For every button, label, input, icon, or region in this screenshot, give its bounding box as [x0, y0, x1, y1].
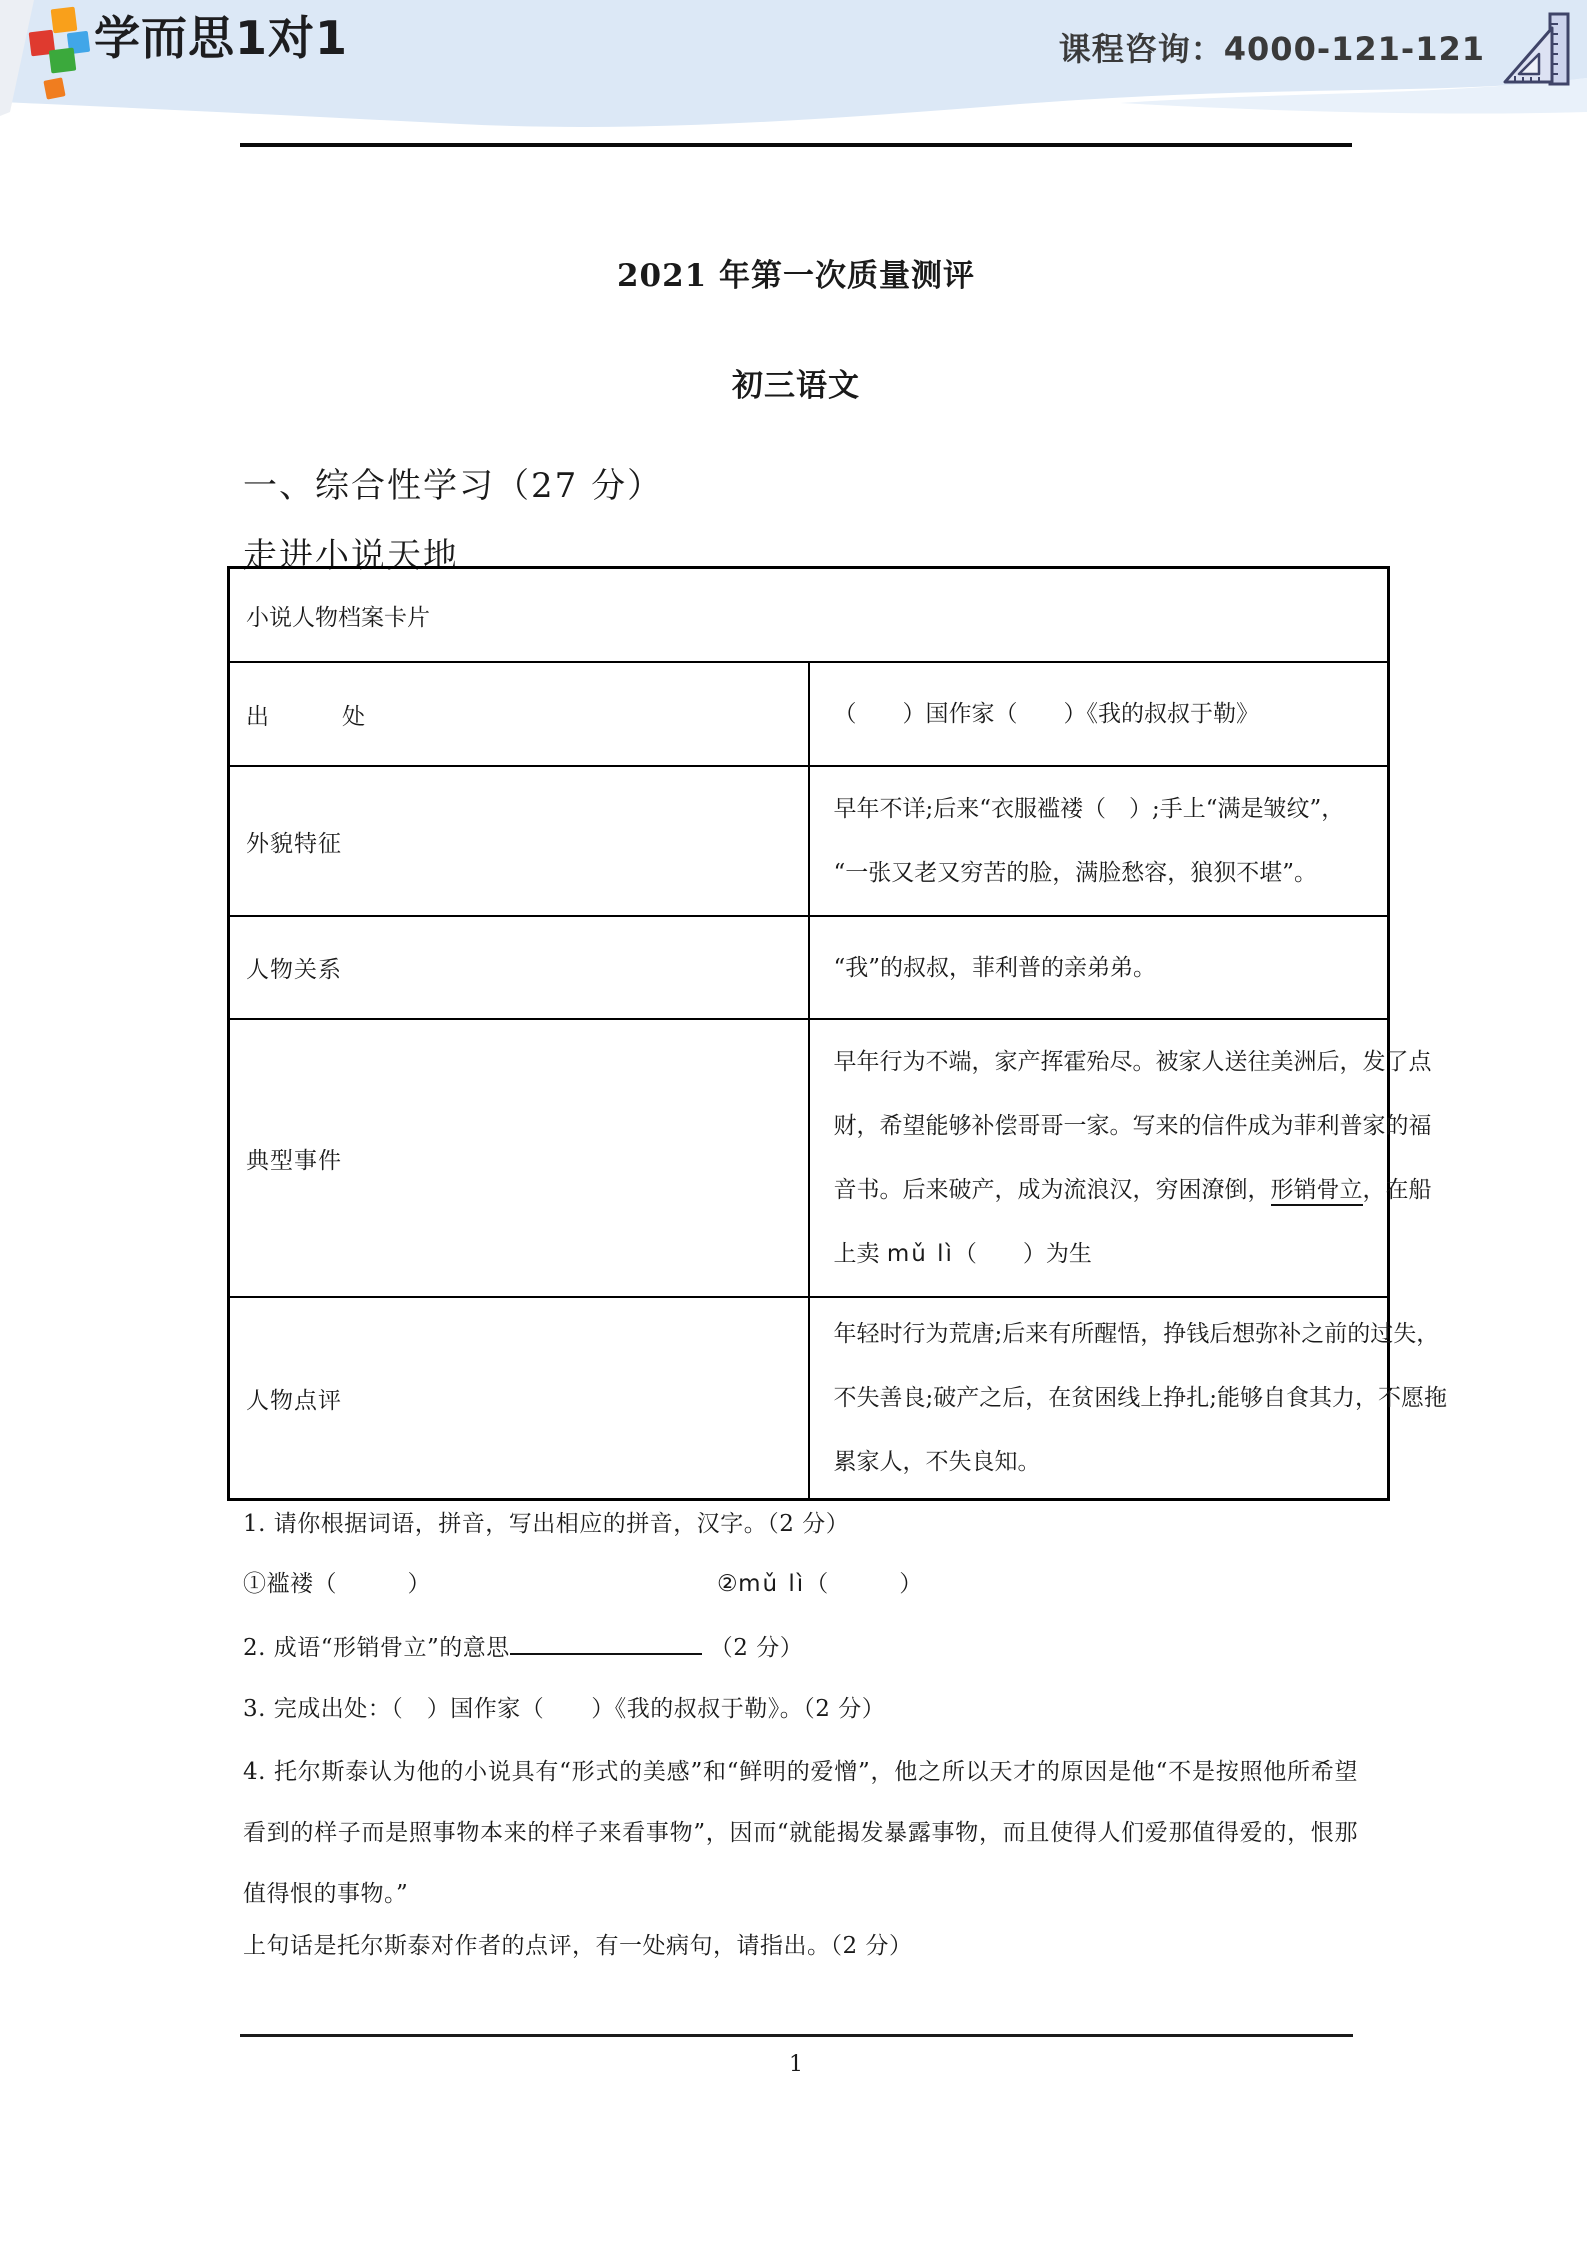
row-label-review: 人物点评	[229, 1297, 809, 1500]
source-line: （ ）国作家（ ）《我的叔叔于勒》	[834, 682, 1374, 746]
doc-title: 2021 年第一次质量测评	[240, 250, 1352, 295]
ruler-set-square-icon	[1497, 10, 1579, 94]
logo-square-deep-orange	[43, 77, 65, 99]
review-line: 不失善良;破产之后，在贫困线上挣扎;能够自食其力，不愿拖	[834, 1366, 1374, 1430]
brand-logo: 学而思1对1	[28, 4, 458, 116]
table-row: 外貌特征 早年不详;后来“衣服褴褛（ ）;手上“满是皱纹”， “一张又老又穷苦的…	[229, 766, 1389, 916]
logo-text: 学而思1对1	[94, 12, 348, 64]
events-line: 音书。后来破产，成为流浪汉，穷困潦倒，形销骨立，在船	[834, 1158, 1374, 1222]
answer-blank-inline	[510, 1627, 702, 1655]
row-label-relation: 人物关系	[229, 916, 809, 1019]
question-1: 1. 请你根据词语，拼音，写出相应的拼音，汉字。（2 分）	[243, 1505, 849, 1538]
question-2: 2. 成语“形销骨立”的意思（2 分）	[243, 1627, 803, 1662]
review-line: 累家人，不失良知。	[834, 1430, 1374, 1494]
question-1-item-1: ①褴褛（ ）	[243, 1565, 717, 1598]
question-4: 4. 托尔斯泰认为他的小说具有“形式的美感”和“鲜明的爱憎”，他之所以天才的原因…	[243, 1742, 1358, 1925]
header-rule	[240, 143, 1352, 147]
review-line: 年轻时行为荒唐;后来有所醒悟，挣钱后想弥补之前的过失，	[834, 1302, 1374, 1366]
appearance-line: 早年不详;后来“衣服褴褛（ ）;手上“满是皱纹”，	[834, 777, 1374, 841]
table-row: 人物关系 “我”的叔叔，菲利普的亲弟弟。	[229, 916, 1389, 1019]
doc-subtitle: 初三语文	[240, 360, 1352, 405]
answer-blank-line	[240, 2004, 1353, 2037]
table-caption: 小说人物档案卡片	[229, 568, 1389, 663]
question-1-item-2: ②mǔ lì（ ）	[717, 1571, 923, 1597]
question-1-blanks: ①褴褛（ ）②mǔ lì（ ）	[243, 1565, 923, 1598]
exam-page: 学而思1对1 课程咨询：4000-121-121 2021 年第一次质量测评 初…	[0, 0, 1587, 2245]
table-row: 出 处 （ ）国作家（ ）《我的叔叔于勒》	[229, 662, 1389, 766]
events-line: 早年行为不端，家产挥霍殆尽。被家人送往美洲后，发了点	[834, 1030, 1374, 1094]
logo-square-green	[49, 48, 77, 74]
question-3: 3. 完成出处：（ ）国作家（ ）《我的叔叔于勒》。（2 分）	[243, 1690, 885, 1723]
contact-phone: 课程咨询：4000-121-121	[1059, 24, 1485, 70]
appearance-line: “一张又老又穷苦的脸，满脸愁容，狼狈不堪”。	[834, 841, 1374, 905]
logo-square-orange	[51, 7, 78, 34]
pinyin-text: mǔ lì	[738, 1571, 805, 1597]
table-row: 人物点评 年轻时行为荒唐;后来有所醒悟，挣钱后想弥补之前的过失， 不失善良;破产…	[229, 1297, 1389, 1500]
pinyin-text: mǔ lì	[887, 1241, 954, 1267]
underlined-idiom: 形销骨立	[1271, 1177, 1363, 1206]
row-label-events: 典型事件	[229, 1019, 809, 1297]
row-label-appearance: 外貌特征	[229, 766, 809, 916]
row-label-source: 出 处	[229, 662, 809, 766]
character-profile-table: 小说人物档案卡片 出 处 （ ）国作家（ ）《我的叔叔于勒》 外貌特征 早年不详…	[227, 566, 1390, 1501]
question-4-followup: 上句话是托尔斯泰对作者的点评，有一处病句，请指出。（2 分）	[243, 1927, 912, 1960]
events-line: 财，希望能够补偿哥哥一家。写来的信件成为菲利普家的福	[834, 1094, 1374, 1158]
relation-line: “我”的叔叔，菲利普的亲弟弟。	[834, 936, 1374, 1000]
page-number: 1	[240, 2052, 1352, 2077]
table-row: 小说人物档案卡片	[229, 568, 1389, 663]
table-row: 典型事件 早年行为不端，家产挥霍殆尽。被家人送往美洲后，发了点 财，希望能够补偿…	[229, 1019, 1389, 1297]
section-heading: 一、综合性学习（27 分）	[243, 458, 663, 507]
events-line: 上卖 mǔ lì（ ）为生	[834, 1222, 1374, 1286]
